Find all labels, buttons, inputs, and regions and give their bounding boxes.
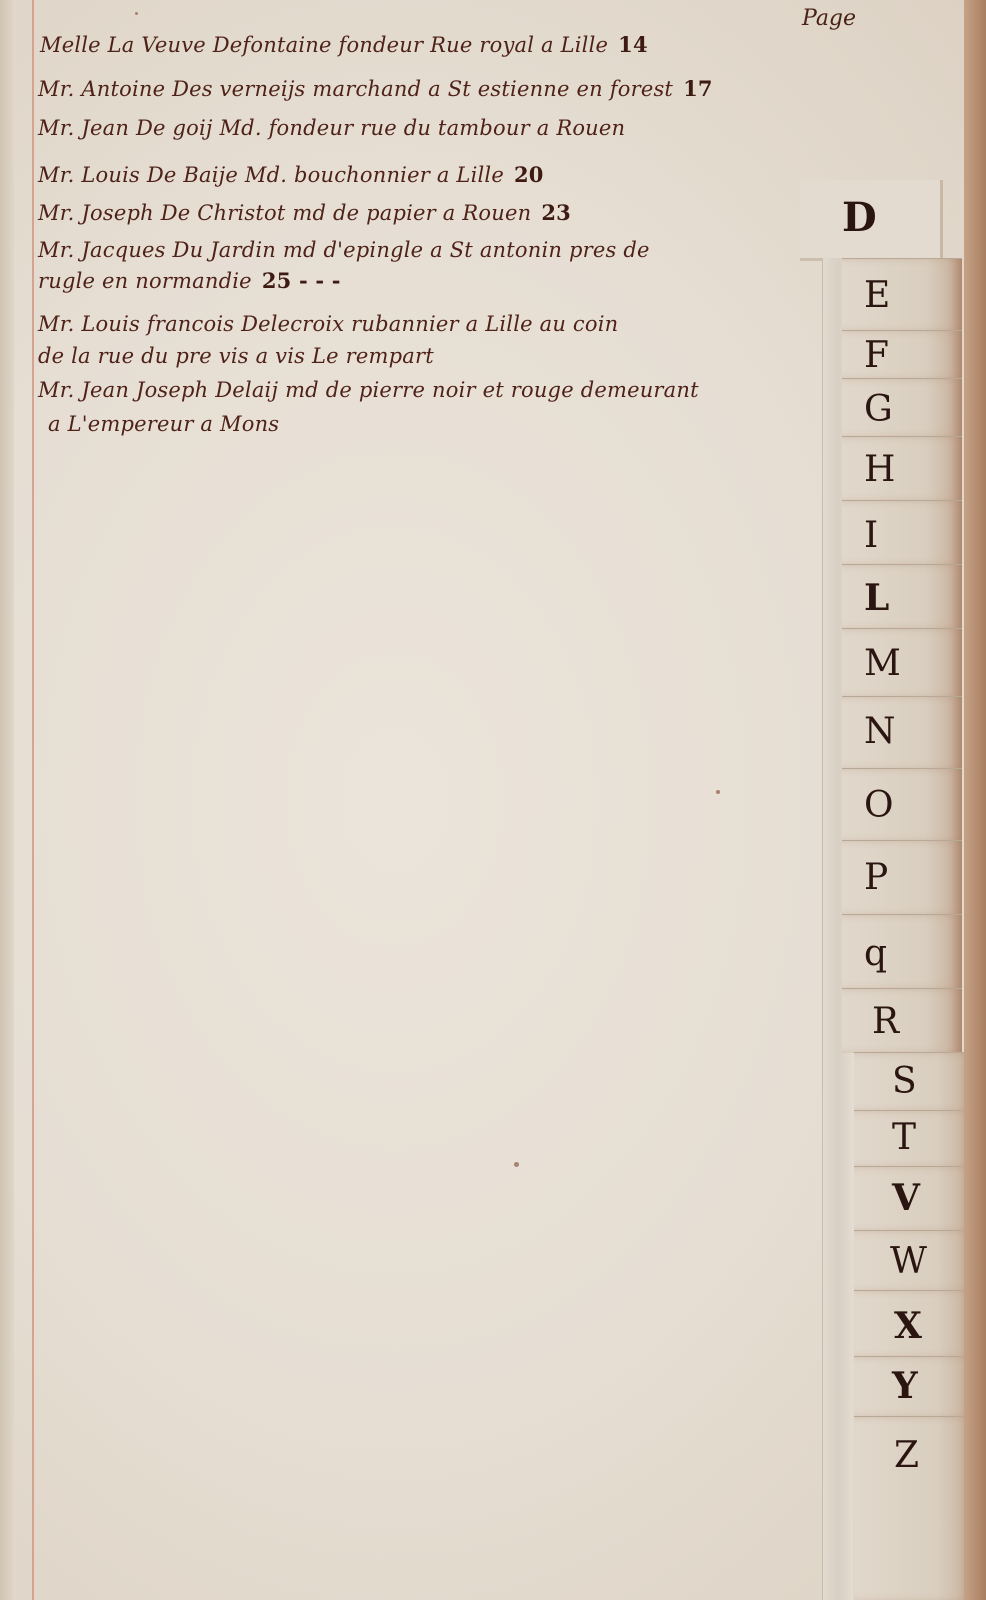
tab-letter: V <box>892 1177 920 1219</box>
tab-letter: R <box>872 1001 899 1042</box>
entry-text: Melle La Veuve Defontaine fondeur Rue ro… <box>40 33 608 57</box>
tab-letter: T <box>892 1117 916 1158</box>
index-tab-f[interactable]: F <box>842 330 962 379</box>
index-tab-r[interactable]: R <box>842 988 962 1053</box>
entry-page-number: 14 <box>618 32 648 57</box>
index-tab-t[interactable]: T <box>854 1110 974 1167</box>
paper-stain <box>716 790 720 794</box>
tab-letter: Z <box>894 1435 919 1476</box>
entry-line: Melle La Veuve Defontaine fondeur Rue ro… <box>40 32 648 57</box>
index-tab-z[interactable]: Z <box>854 1416 974 1600</box>
tab-letter: D <box>842 194 877 241</box>
paper-stain <box>514 1162 519 1167</box>
entry-page-number: 25 - - - <box>262 268 341 293</box>
tab-letter: I <box>864 515 878 556</box>
index-tab-m[interactable]: M <box>842 628 962 697</box>
entry-page-number: 23 <box>541 200 571 225</box>
book-edge <box>964 0 986 1600</box>
entry-text: Mr. Louis francois Delecroix rubannier a… <box>38 312 618 336</box>
paper-stain <box>135 12 138 15</box>
entry-line: Mr. Jacques Du Jardin md d'epingle a St … <box>38 238 650 262</box>
entry-line: Mr. Joseph De Christot md de papier a Ro… <box>38 200 571 225</box>
entry-text: a L'empereur a Mons <box>48 412 279 436</box>
index-tab-q[interactable]: q <box>842 914 962 989</box>
index-tab-l[interactable]: L <box>842 564 962 629</box>
index-tab-s[interactable]: S <box>854 1052 974 1111</box>
entry-page-number: 20 <box>514 162 544 187</box>
ledger-page: Page Melle La Veuve Defontaine fondeur R… <box>0 0 986 1600</box>
index-tab-o[interactable]: O <box>842 768 962 841</box>
index-tab-x[interactable]: X <box>854 1290 974 1357</box>
tab-letter: F <box>864 335 889 376</box>
index-tab-d-active[interactable]: D <box>800 180 943 261</box>
tab-letter: P <box>864 857 888 898</box>
index-tab-e[interactable]: E <box>842 258 962 331</box>
tab-letter: W <box>890 1241 927 1282</box>
entry-page-number: 17 <box>683 76 713 101</box>
entry-text: Mr. Jacques Du Jardin md d'epingle a St … <box>38 238 650 262</box>
index-tab-g[interactable]: G <box>842 378 962 437</box>
tab-letter: G <box>864 389 893 430</box>
page-left-edge <box>0 0 14 1600</box>
tab-letter: L <box>864 577 889 619</box>
tab-letter: q <box>864 933 887 974</box>
index-tab-y[interactable]: Y <box>854 1356 974 1417</box>
entry-line: Mr. Antoine Des verneijs marchand a St e… <box>38 76 713 101</box>
tab-letter: E <box>864 275 890 316</box>
entry-text: Mr. Antoine Des verneijs marchand a St e… <box>38 77 673 101</box>
tab-letter: S <box>892 1061 917 1102</box>
tab-letter: H <box>864 449 895 490</box>
entry-text: de la rue du pre vis a vis Le rempart <box>38 344 434 368</box>
index-tab-w[interactable]: W <box>854 1230 974 1291</box>
entry-line-continued: de la rue du pre vis a vis Le rempart <box>38 344 434 368</box>
margin-rule <box>32 0 34 1600</box>
page-column-heading: Page <box>802 6 856 31</box>
entry-text: Mr. Jean De goij Md. fondeur rue du tamb… <box>38 116 625 140</box>
index-tab-i[interactable]: I <box>842 500 962 565</box>
entry-text: Mr. Joseph De Christot md de papier a Ro… <box>38 201 531 225</box>
index-tab-h[interactable]: H <box>842 436 962 501</box>
tab-letter: O <box>864 785 894 826</box>
entry-text: rugle en normandie <box>38 269 252 293</box>
entry-text: Mr. Louis De Baije Md. bouchonnier a Lil… <box>38 163 504 187</box>
entry-text: Mr. Jean Joseph Delaij md de pierre noir… <box>38 378 699 402</box>
tab-letter: Y <box>892 1365 918 1407</box>
entry-line: Mr. Jean Joseph Delaij md de pierre noir… <box>38 378 699 402</box>
entry-line: Mr. Jean De goij Md. fondeur rue du tamb… <box>38 116 625 140</box>
entry-line: Mr. Louis De Baije Md. bouchonnier a Lil… <box>38 162 544 187</box>
entry-line-continued: a L'empereur a Mons <box>48 412 279 436</box>
index-tab-v[interactable]: V <box>854 1166 974 1231</box>
index-tab-n[interactable]: N <box>842 696 962 769</box>
tab-letter: N <box>864 711 896 752</box>
tab-letter: X <box>894 1305 922 1347</box>
tab-letter: M <box>864 643 901 684</box>
index-tab-p[interactable]: P <box>842 840 962 915</box>
entry-line-continued: rugle en normandie25 - - - <box>38 268 341 293</box>
entry-line: Mr. Louis francois Delecroix rubannier a… <box>38 312 618 336</box>
